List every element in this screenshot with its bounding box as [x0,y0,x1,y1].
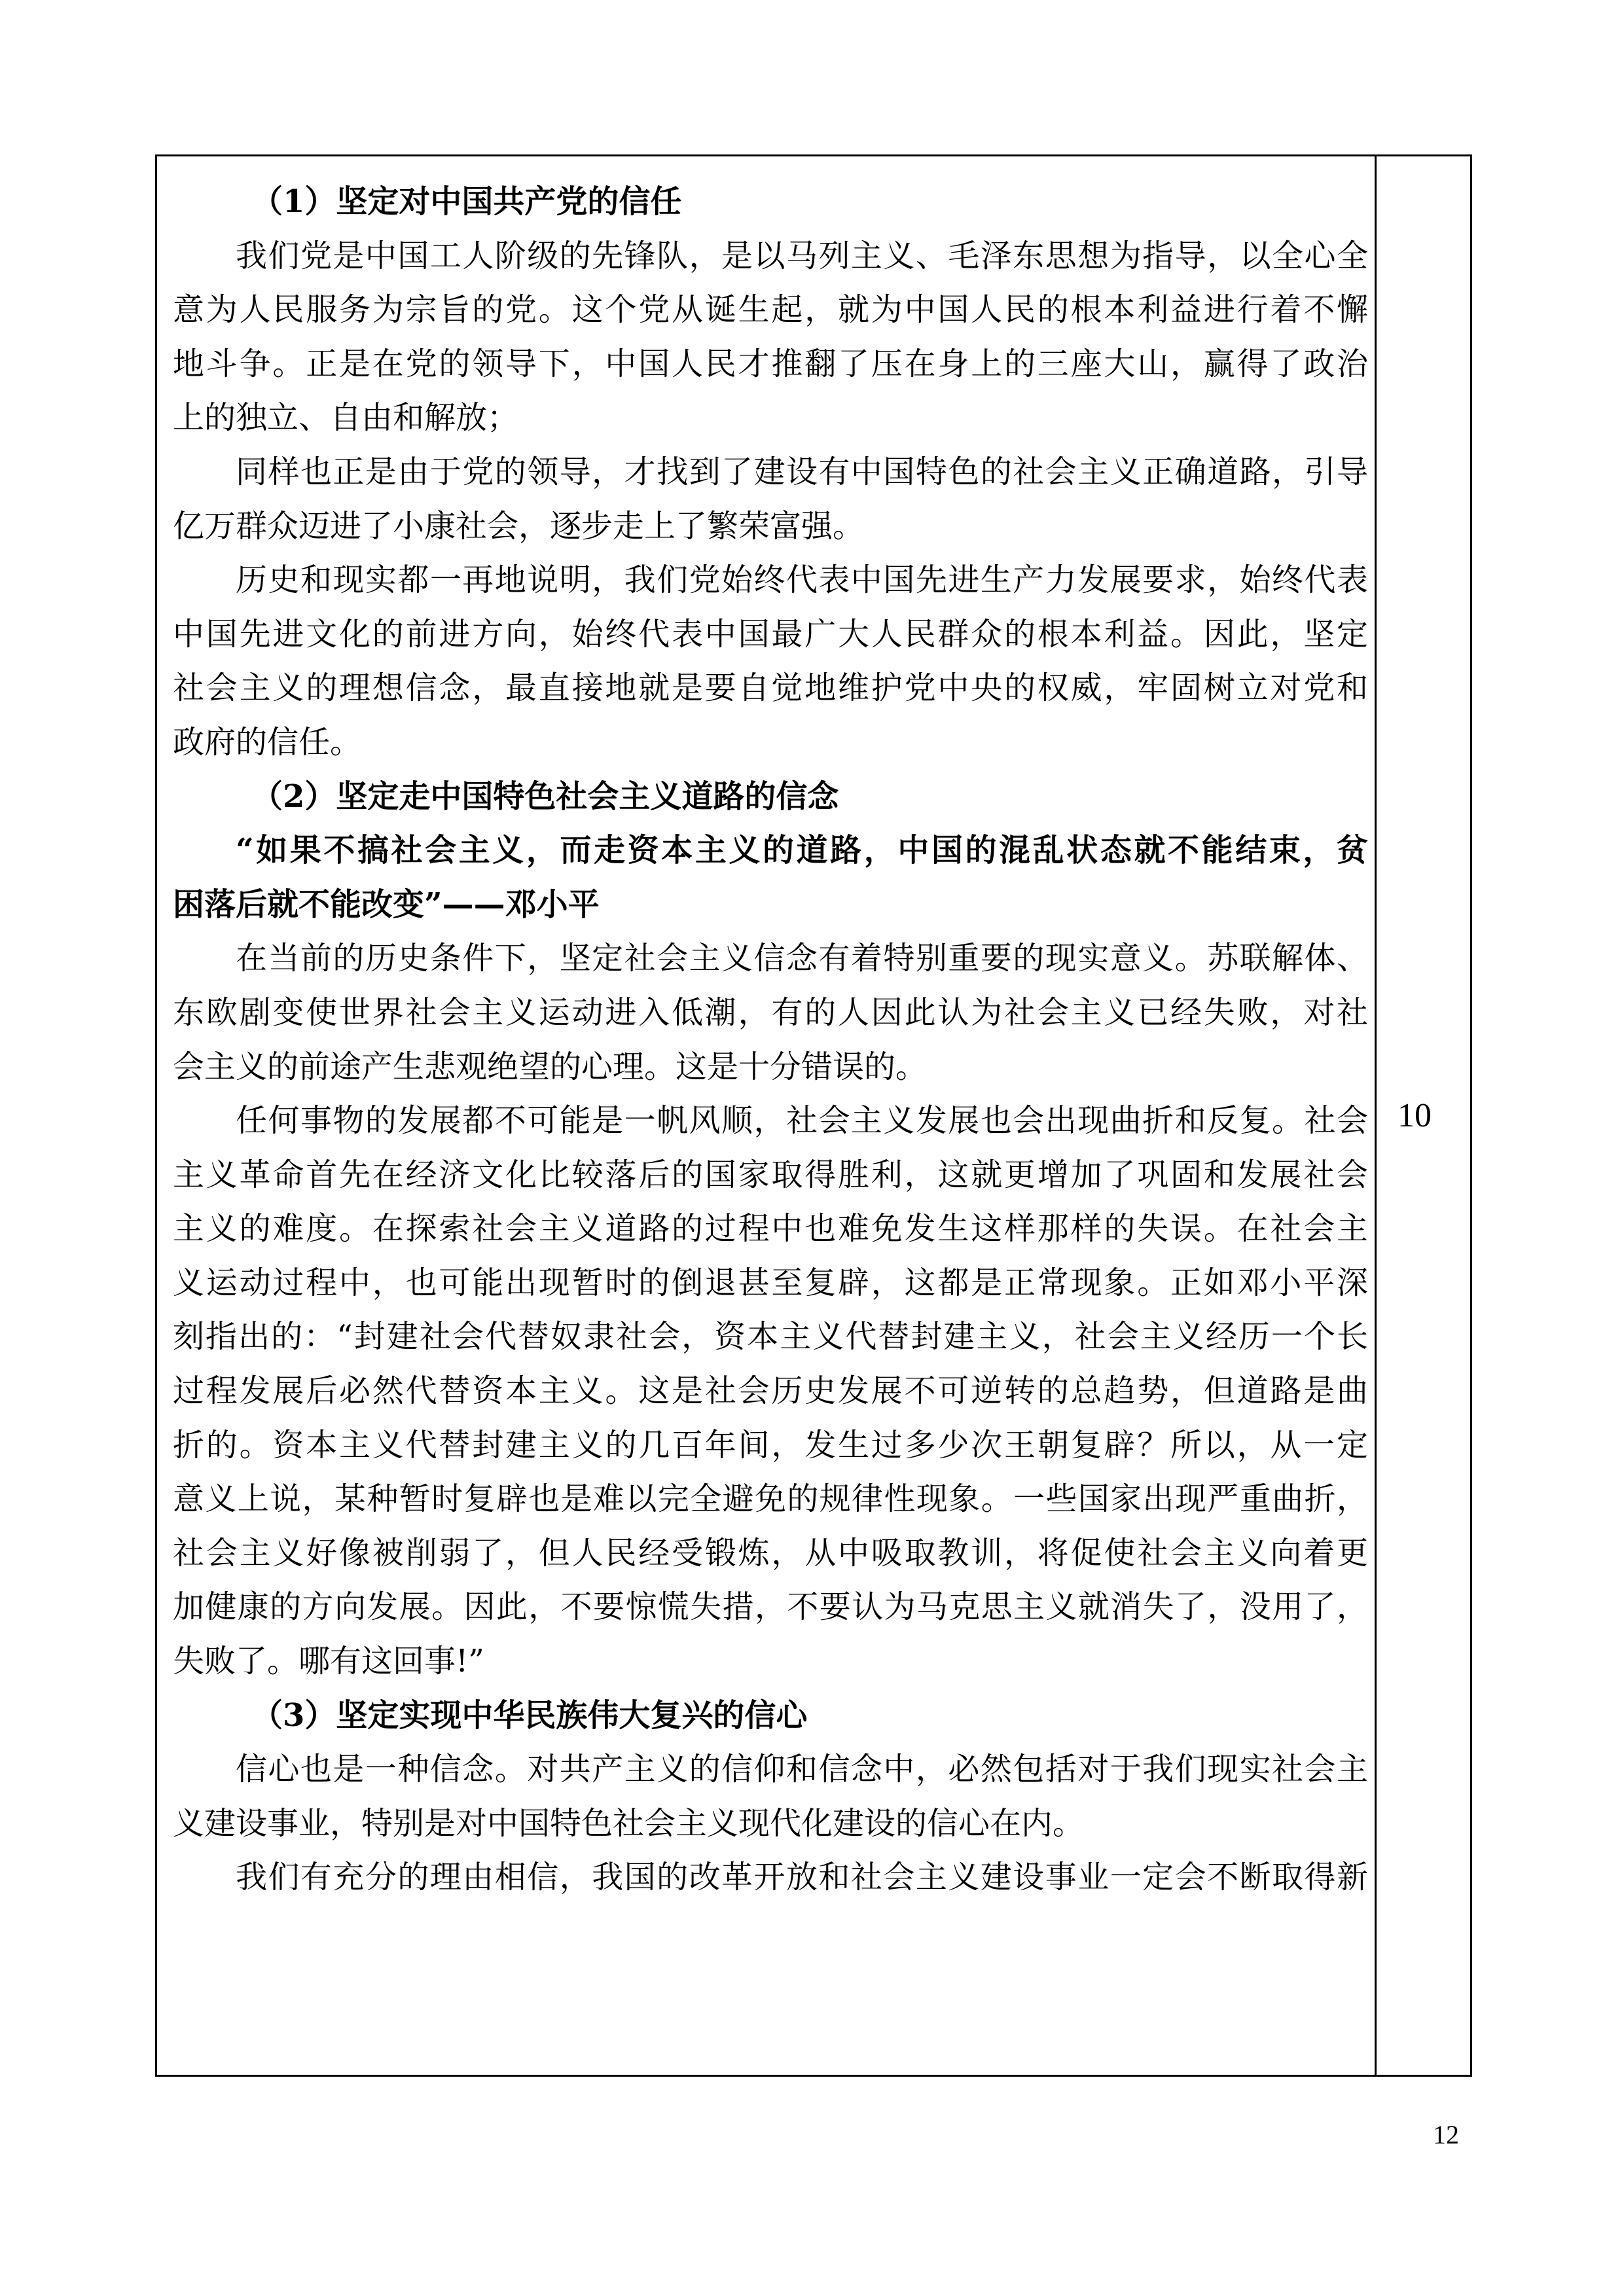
paragraph-line: 社会主义好像被削弱了，但人民经受锻炼，从中吸取教训，将促使社会主义向着更 [173,1526,1368,1581]
paragraph-line: 历史和现实都一再地说明，我们党始终代表中国先进生产力发展要求，始终代表 [173,553,1368,607]
paragraph-line: 折的。资本主义代替封建主义的几百年间，发生过多少次王朝复辟？所以，从一定 [173,1418,1368,1473]
paragraph-line: 失败了。哪有这回事!” [173,1634,1368,1689]
paragraph-line: “如果不搞社会主义，而走资本主义的道路，中国的混乱状态就不能结束，贫 [173,823,1368,878]
paragraph-line: 我们党是中国工人阶级的先锋队，是以马列主义、毛泽东思想为指导，以全心全 [173,229,1368,283]
paragraph-line: 东欧剧变使世界社会主义运动进入低潮，有的人因此认为社会主义已经失败，对社 [173,986,1368,1040]
paragraph-line: 政府的信任。 [173,715,1368,770]
paragraph-line: 在当前的历史条件下，坚定社会主义信念有着特别重要的现实意义。苏联解体、 [173,931,1368,986]
section-heading: （2）坚定走中国特色社会主义道路的信念 [173,770,1368,824]
paragraph-line: 义运动过程中，也可能出现暂时的倒退甚至复辟，这都是正常现象。正如邓小平深 [173,1256,1368,1310]
paragraph-line: 过程发展后必然代替资本主义。这是社会历史发展不可逆转的总趋势，但道路是曲 [173,1364,1368,1418]
section-heading: （1）坚定对中国共产党的信任 [173,175,1368,229]
paragraph-line: 我们有充分的理由相信，我国的改革开放和社会主义建设事业一定会不断取得新 [173,1850,1368,1905]
content-table: （1）坚定对中国共产党的信任我们党是中国工人阶级的先锋队，是以马列主义、毛泽东思… [155,154,1472,2077]
score-value: 10 [1398,1096,1432,1135]
text-cell: （1）坚定对中国共产党的信任我们党是中国工人阶级的先锋队，是以马列主义、毛泽东思… [173,175,1368,1905]
paragraph-line: 困落后就不能改变”——邓小平 [173,878,1368,932]
paragraph-line: 主义的难度。在探索社会主义道路的过程中也难免发生这样那样的失误。在社会主 [173,1202,1368,1256]
paragraph-line: 意义上说，某种暂时复辟也是难以完全避免的规律性现象。一些国家出现严重曲折， [173,1472,1368,1526]
paragraph-line: 上的独立、自由和解放； [173,391,1368,445]
paragraph-line: 信心也是一种信念。对共产主义的信仰和信念中，必然包括对于我们现实社会主 [173,1742,1368,1797]
paragraph-line: 中国先进文化的前进方向，始终代表中国最广大人民群众的根本利益。因此，坚定 [173,607,1368,662]
section-heading: （3）坚定实现中华民族伟大复兴的信心 [173,1689,1368,1743]
paragraph-line: 刻指出的：“封建社会代替奴隶社会，资本主义代替封建主义，社会主义经历一个长 [173,1310,1368,1364]
paragraph-line: 意为人民服务为宗旨的党。这个党从诞生起，就为中国人民的根本利益进行着不懈 [173,283,1368,337]
paragraph-line: 会主义的前途产生悲观绝望的心理。这是十分错误的。 [173,1040,1368,1094]
page-number: 12 [1433,2119,1459,2150]
paragraph-line: 主义革命首先在经济文化比较落后的国家取得胜利，这就更增加了巩固和发展社会 [173,1148,1368,1202]
paragraph-line: 义建设事业，特别是对中国特色社会主义现代化建设的信心在内。 [173,1797,1368,1851]
paragraph-line: 同样也正是由于党的领导，才找到了建设有中国特色的社会主义正确道路，引导 [173,445,1368,499]
paragraph-line: 亿万群众迈进了小康社会，逐步走上了繁荣富强。 [173,499,1368,554]
paragraph-line: 地斗争。正是在党的领导下，中国人民才推翻了压在身上的三座大山，赢得了政治 [173,337,1368,391]
score-cell: 10 [1377,156,1470,2075]
paragraph-line: 社会主义的理想信念，最直接地就是要自觉地维护党中央的权威，牢固树立对党和 [173,661,1368,715]
paragraph-line: 加健康的方向发展。因此，不要惊慌失措，不要认为马克思主义就消失了，没用了， [173,1580,1368,1634]
paragraph-line: 任何事物的发展都不可能是一帆风顺，社会主义发展也会出现曲折和反复。社会 [173,1094,1368,1148]
